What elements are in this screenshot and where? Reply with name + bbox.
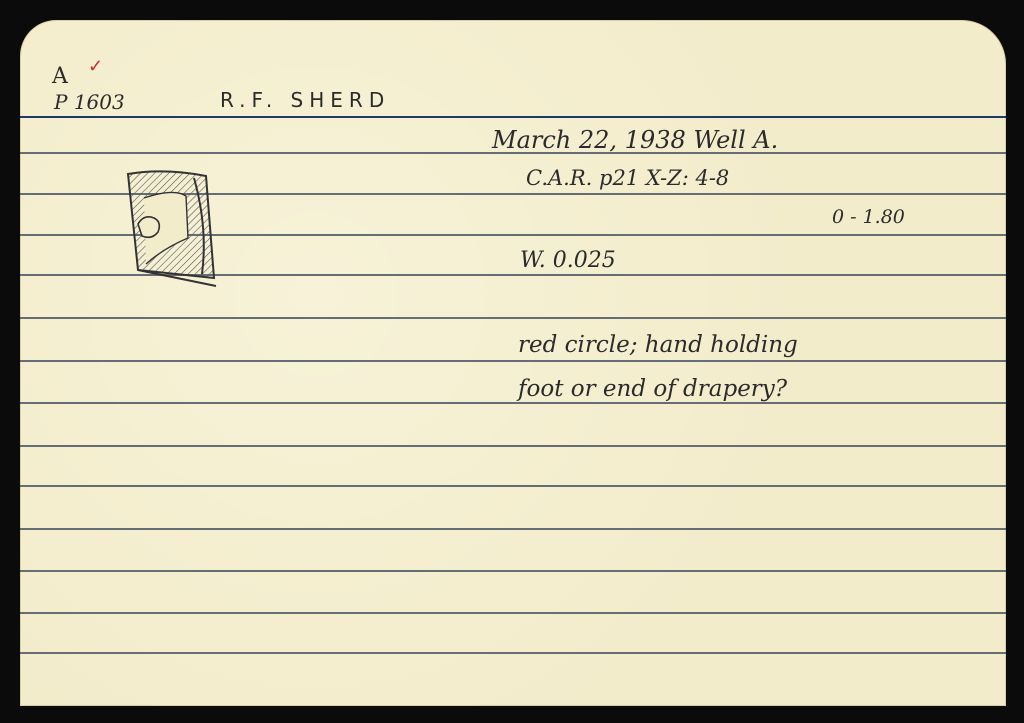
ruled-line (20, 570, 1006, 572)
description-line-1: red circle; hand holding (518, 332, 798, 358)
reference-line: C.A.R. p21 X-Z: 4-8 (526, 166, 729, 190)
date-line: March 22, 1938 Well A. (492, 126, 778, 154)
ruled-line (20, 612, 1006, 614)
ruled-line (20, 445, 1006, 447)
ruled-line (20, 485, 1006, 487)
header-rule (20, 116, 1006, 118)
ruled-line (20, 652, 1006, 654)
check-mark-icon: ✓ (88, 56, 103, 77)
description-line-2: foot or end of drapery? (518, 376, 787, 402)
corner-letter: A (52, 64, 68, 89)
index-card: A ✓ P 1603 R.F. SHERD March 22, 1938 Wel… (20, 20, 1006, 706)
depth-line: 0 - 1.80 (832, 206, 905, 228)
ruled-line (20, 402, 1006, 404)
ruled-line (20, 360, 1006, 362)
sherd-sketch-icon (124, 168, 219, 288)
ruled-line (20, 528, 1006, 530)
ruled-line (20, 317, 1006, 319)
width-measurement: W. 0.025 (520, 248, 616, 273)
catalog-number: P 1603 (54, 90, 125, 114)
card-title: R.F. SHERD (220, 88, 390, 112)
